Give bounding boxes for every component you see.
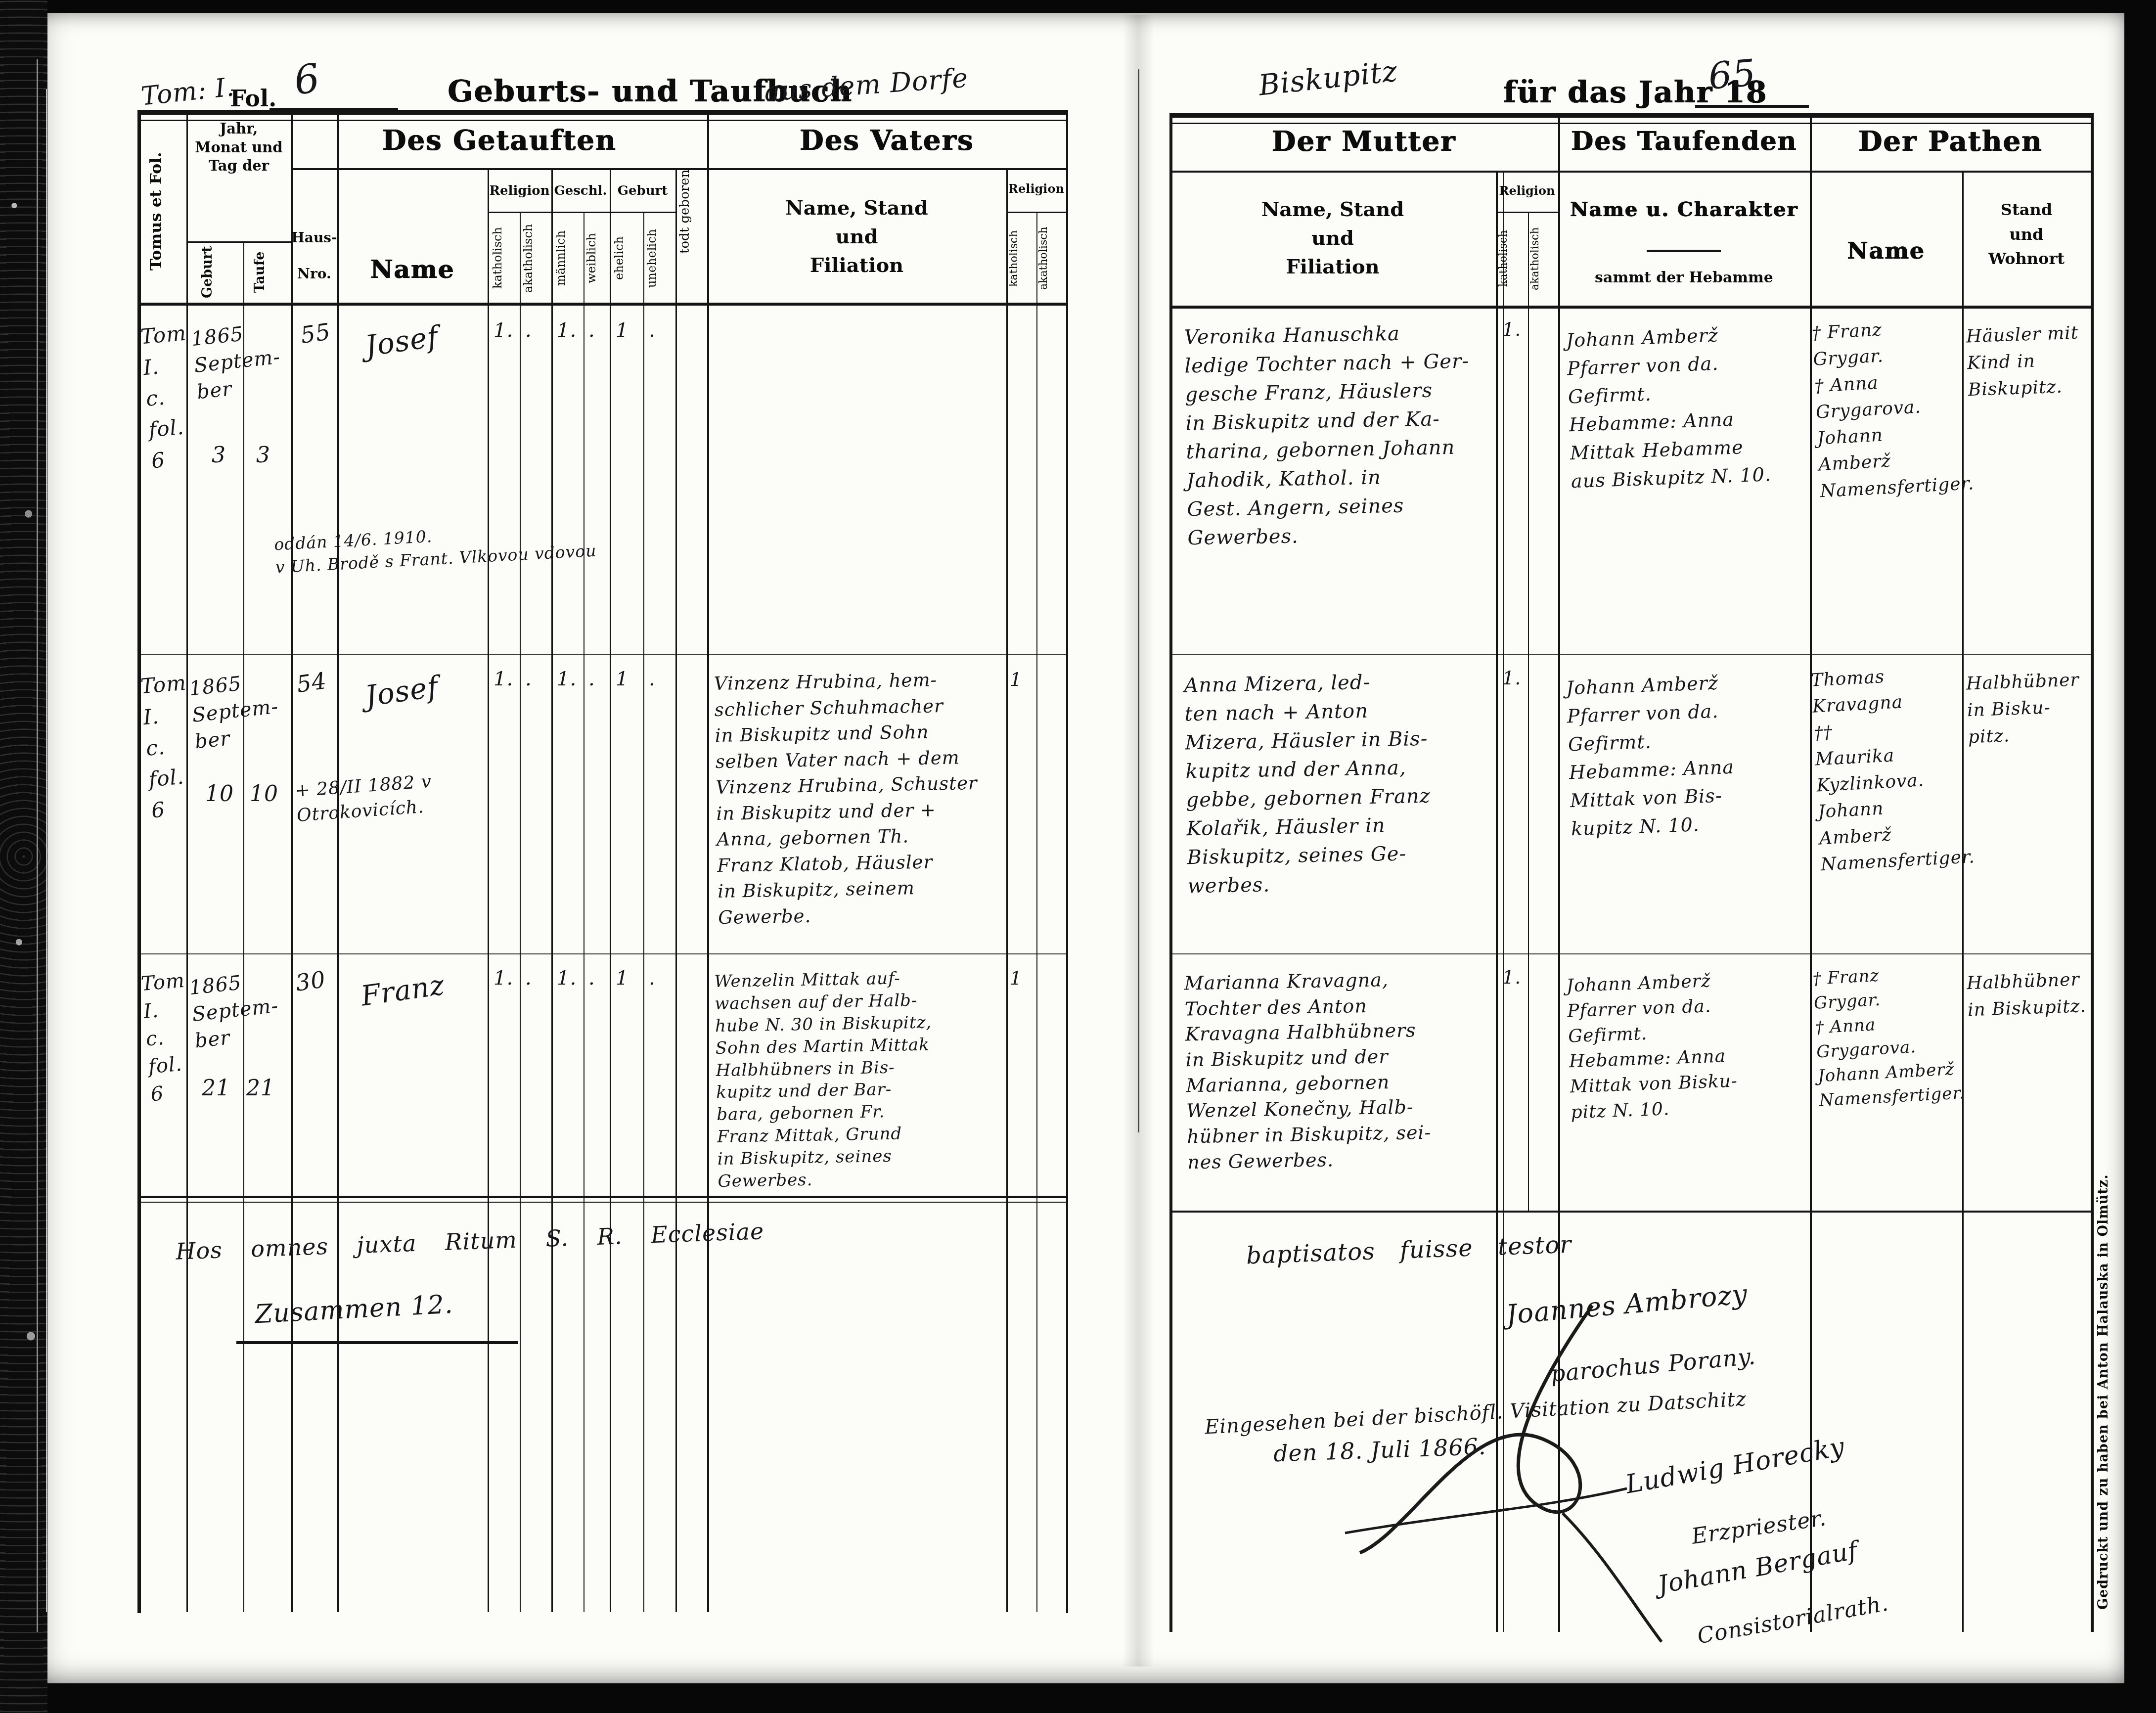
mark-illegitimate: . xyxy=(649,316,656,344)
col-header-birth-status: Geburt xyxy=(610,183,675,200)
column-divider xyxy=(551,170,553,1612)
col-header-acatholic: akatholisch xyxy=(521,216,549,301)
mark-female: . xyxy=(588,964,595,992)
year-underline xyxy=(1695,105,1809,108)
mark-catholic: 1. xyxy=(494,665,513,693)
entry-godparent-residence: Häusler mit Kind in Biskupitz. xyxy=(1966,319,2092,404)
col-header-mother-acatholic: akatholisch xyxy=(1529,217,1556,301)
mark-acatholic: . xyxy=(525,665,532,693)
column-divider xyxy=(584,212,584,1612)
date-subheader-rule xyxy=(186,241,291,243)
column-divider xyxy=(337,111,339,1612)
column-divider xyxy=(1528,212,1529,1211)
mark-father-religion: 1 xyxy=(1010,965,1022,992)
col-header-date-group: Jahr, Monat und Tag der xyxy=(186,120,291,176)
entry-birth-day: 3 xyxy=(212,440,226,471)
column-divider xyxy=(675,170,677,1612)
entry-father: Vinzenz Hrubina, hem- schlicher Schuhmac… xyxy=(714,666,1005,931)
mark-catholic: 1. xyxy=(494,316,513,344)
group-header-baptizer: Des Taufenden xyxy=(1558,125,1810,158)
table-border-left xyxy=(1169,113,1172,1632)
column-divider xyxy=(707,111,709,1612)
year-value-handwritten: 65 xyxy=(1707,47,1758,103)
entry-birth-day: 10 xyxy=(205,779,234,810)
col-header-catholic: katholisch xyxy=(491,216,518,301)
column-divider xyxy=(610,170,611,1612)
col-header-godparent-name: Name xyxy=(1810,236,1962,266)
col-header-mother-religion: Religion xyxy=(1496,183,1558,198)
col-header-baptism: Taufe xyxy=(252,244,282,300)
header-bottom-rule xyxy=(137,303,1068,306)
entry-house-number: 55 xyxy=(299,316,333,351)
entry-mother: Anna Mizera, led- ten nach + Anton Mizer… xyxy=(1184,666,1492,901)
col-header-father-name: Name, Stand und Filiation xyxy=(707,194,1006,280)
page-edge-line xyxy=(37,59,38,1632)
col-header-name: Name xyxy=(337,253,488,285)
col-header-father-catholic: katholisch xyxy=(1008,218,1034,299)
entry-father: Wenzelin Mittak auf- wachsen auf der Hal… xyxy=(714,966,1005,1193)
page-edge-line xyxy=(46,89,47,1612)
sex-subrule xyxy=(551,212,610,213)
group-header-godparents: Der Pathen xyxy=(1810,124,2091,160)
entry-year-month: 1865 Septem- ber xyxy=(188,665,300,755)
mark-legitimate: 1 xyxy=(616,665,629,693)
header-bottom-rule xyxy=(1169,306,2092,309)
page-fold-line xyxy=(1138,69,1139,1132)
summary-rule-inner xyxy=(137,1202,1068,1203)
signature-flourish xyxy=(1286,1276,1780,1652)
mark-mother-religion: 1. xyxy=(1502,316,1521,343)
entry-baptizer: Johann Amberž Pfarrer von da. Gefirmt. H… xyxy=(1566,666,1809,844)
baptizer-subrule xyxy=(1647,250,1721,252)
column-divider xyxy=(488,170,489,1612)
column-divider xyxy=(1962,171,1964,1632)
mark-mother-religion: 1. xyxy=(1502,665,1521,691)
entry-mother: Marianna Kravagna, Tochter des Anton Kra… xyxy=(1184,966,1491,1175)
mark-mother-religion: 1. xyxy=(1502,964,1521,991)
mark-female: . xyxy=(588,665,595,693)
col-header-legitimate: ehelich xyxy=(612,216,642,301)
entry-baptism-day: 21 xyxy=(246,1073,275,1104)
col-header-male: männlich xyxy=(554,216,582,301)
page-fold-shadow xyxy=(1123,15,1162,1667)
column-divider xyxy=(1036,212,1037,1612)
entry-house-number: 30 xyxy=(294,963,328,999)
entry-baptism-day: 10 xyxy=(250,779,278,810)
column-divider xyxy=(243,242,244,1612)
summary-rule xyxy=(137,1196,1068,1198)
entry-baptizer: Johann Amberž Pfarrer von da. Gefirmt. H… xyxy=(1566,318,1809,496)
group-header-rule xyxy=(1169,171,2092,173)
col-header-stillborn: todt geboren xyxy=(677,125,706,299)
col-header-religion: Religion xyxy=(488,183,551,200)
col-header-female: weiblich xyxy=(584,216,609,301)
mark-female: . xyxy=(588,316,595,344)
entry-mother: Veronika Hanuschka ledige Tochter nach +… xyxy=(1184,318,1492,553)
mark-male: 1. xyxy=(557,665,577,693)
column-divider xyxy=(520,212,521,1612)
col-header-mother-catholic: katholisch xyxy=(1497,217,1525,301)
col-header-sex: Geschl. xyxy=(551,183,610,200)
group-header-father: Des Vaters xyxy=(707,123,1066,159)
entry-baptizer: Johann Amberž Pfarrer von da. Gefirmt. H… xyxy=(1566,965,1808,1125)
mark-father-religion: 1 xyxy=(1010,667,1022,693)
col-header-house: Haus- Nro. xyxy=(291,220,337,292)
summary-rule xyxy=(1169,1211,2092,1213)
row-separator xyxy=(1169,654,2092,655)
col-header-illegitimate: unehelich xyxy=(645,216,674,301)
entry-godparent-residence: Halbhübner in Biskupitz. xyxy=(1966,966,2092,1024)
col-header-godparent-residence: Stand und Wohnort xyxy=(1962,198,2091,271)
entry-godparent-names: † Franz Grygar. † Anna Grygarova. Johann… xyxy=(1811,313,1964,505)
row-separator xyxy=(137,953,1068,954)
mark-illegitimate: . xyxy=(649,665,656,693)
entry-godparent-names: Thomas Kravagna †† Maurika Kyzlinkova. J… xyxy=(1810,660,1965,878)
col-header-mother-name: Name, Stand und Filiation xyxy=(1169,195,1496,281)
col-header-baptizer-name: Name u. Charakter xyxy=(1558,197,1810,223)
group-header-child: Des Getauften xyxy=(291,123,707,159)
column-divider xyxy=(1006,170,1008,1612)
religion-subrule xyxy=(1496,212,1558,213)
mark-acatholic: . xyxy=(525,964,532,992)
column-divider xyxy=(643,212,644,1612)
col-header-father-acatholic: akatholisch xyxy=(1037,218,1064,299)
table-border-right xyxy=(1066,110,1068,1613)
mark-male: 1. xyxy=(557,316,577,344)
scanned-register-page: Tom: I. Fol. 6 Geburts- und Taufbuch aus… xyxy=(0,0,2156,1713)
mark-catholic: 1. xyxy=(494,964,513,992)
col-header-father-religion: Religion xyxy=(1006,181,1066,196)
mark-legitimate: 1 xyxy=(616,316,629,344)
table-border-top xyxy=(137,110,1068,115)
book-cover-edge xyxy=(0,0,47,1713)
group-header-mother: Der Mutter xyxy=(1169,124,1558,160)
col-header-baptizer-sub: sammt der Hebamme xyxy=(1558,268,1810,287)
mark-illegitimate: . xyxy=(649,964,656,992)
printer-imprint: Gedruckt und zu haben bei Anton Halauska… xyxy=(2096,1127,2120,1657)
table-border-top xyxy=(1169,113,2092,118)
mark-male: 1. xyxy=(557,964,577,992)
birth-subrule xyxy=(610,212,675,213)
entry-baptism-day: 3 xyxy=(256,440,270,471)
summary-total-underline xyxy=(236,1341,518,1344)
row-separator xyxy=(137,654,1068,655)
entry-year-month: 1865 Septem- ber xyxy=(190,315,302,406)
table-border-right xyxy=(2091,113,2094,1632)
row-separator xyxy=(1169,953,2092,954)
entry-birth-day: 21 xyxy=(202,1073,230,1104)
mark-acatholic: . xyxy=(525,316,532,344)
entry-godparent-names: † Franz Grygar. † Anna Grygarova. Johann… xyxy=(1812,960,1963,1114)
mark-legitimate: 1 xyxy=(616,964,629,992)
entry-house-number: 54 xyxy=(295,665,329,700)
col-header-birth: Geburt xyxy=(200,244,229,300)
col-header-tomus: Tomus et Fol. xyxy=(146,125,181,298)
entry-godparent-residence: Halbhübner in Bisku- pitz. xyxy=(1966,667,2092,751)
entry-year-month: 1865 Septem- ber xyxy=(188,964,300,1054)
